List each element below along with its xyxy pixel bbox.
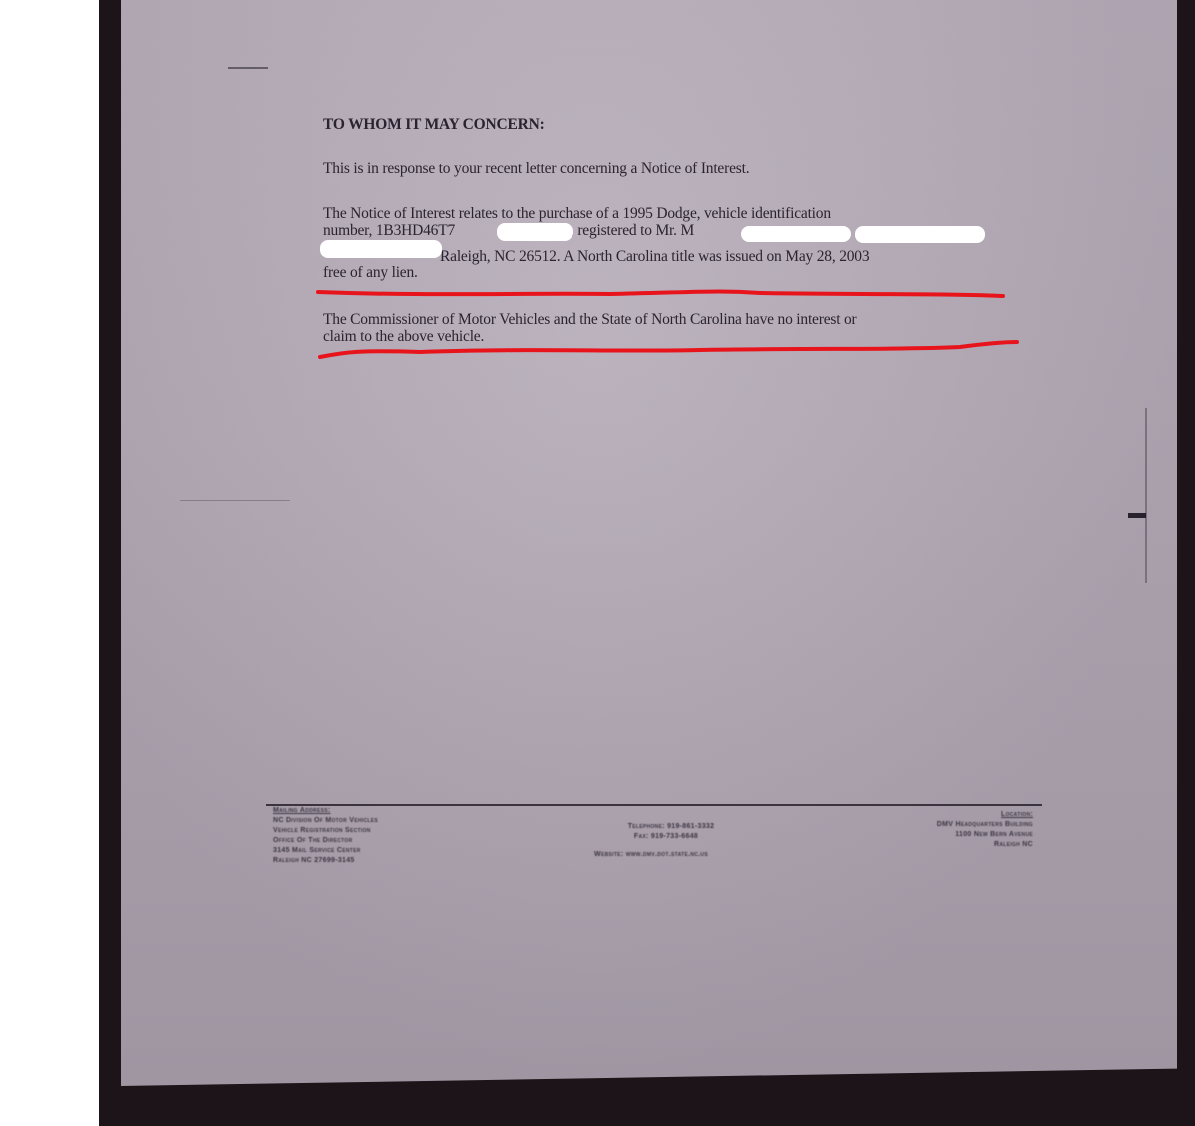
paragraph-disclaimer-line-2: claim to the above vehicle. xyxy=(323,328,484,346)
footer-mailing-address: Mailing Address: NC Division Of Motor Ve… xyxy=(273,806,378,866)
location-line: 1100 New Bern Avenue xyxy=(870,830,1033,840)
mailing-line: 3145 Mail Service Center xyxy=(273,846,378,856)
mailing-line: Raleigh NC 27699-3145 xyxy=(273,856,378,866)
location-line: DMV Headquarters Building xyxy=(870,820,1033,830)
location-line: Raleigh NC xyxy=(870,840,1033,850)
telephone: Telephone: 919-861-3332 xyxy=(556,822,746,832)
mailing-line: Office Of The Director xyxy=(273,836,378,846)
mailing-line: NC Division Of Motor Vehicles xyxy=(273,816,378,826)
location-label: Location: xyxy=(870,810,1033,820)
fax: Fax: 919-733-6648 xyxy=(556,832,746,842)
footer-rule xyxy=(266,804,1042,806)
highlight-underline-1 xyxy=(0,0,1195,1126)
footer-location: Location: DMV Headquarters Building 1100… xyxy=(870,810,1033,850)
paragraph-disclaimer-line-1: The Commissioner of Motor Vehicles and t… xyxy=(323,311,857,329)
mailing-line: Vehicle Registration Section xyxy=(273,826,378,836)
footer-contact: Telephone: 919-861-3332 Fax: 919-733-664… xyxy=(556,822,746,860)
website: Website: www.dmv.dot.state.nc.us xyxy=(556,850,746,860)
mailing-label: Mailing Address: xyxy=(273,806,378,816)
